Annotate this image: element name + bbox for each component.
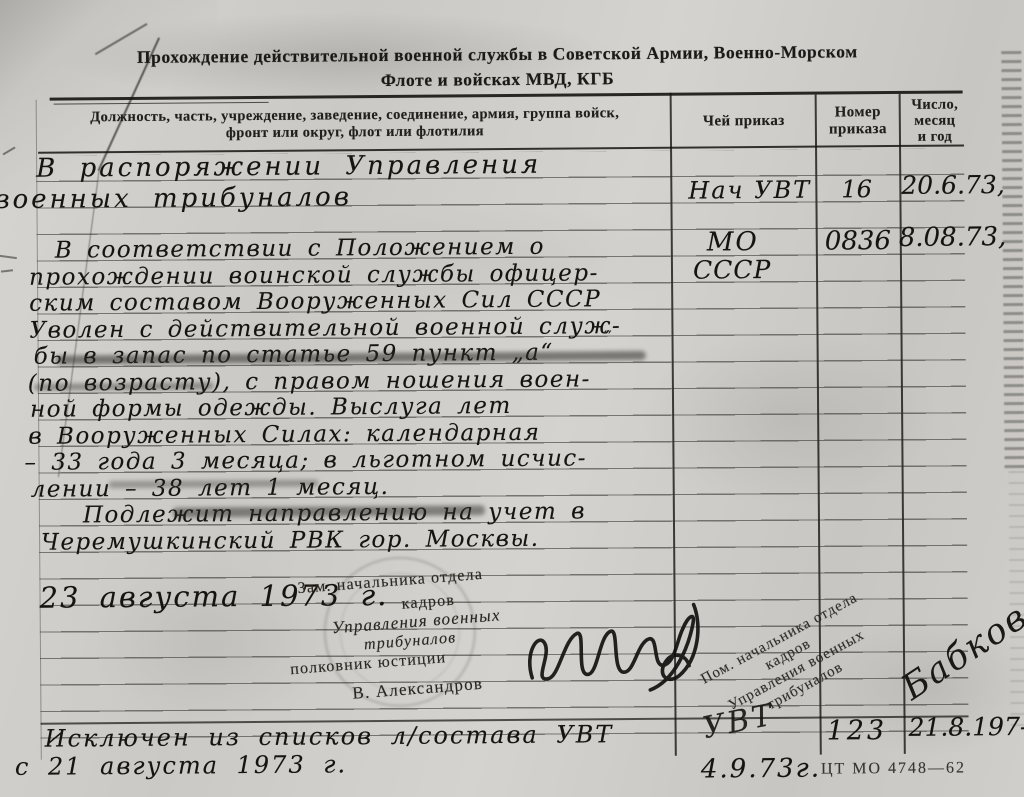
entry3-text-line1: Исключен из списков л/состава УВТ [45, 720, 614, 752]
entry3-date: 21.8.197- [908, 712, 1024, 742]
paper-stain [639, 327, 940, 509]
scan-edge-artifact [1001, 51, 1024, 471]
entry2-date: 8.08.73, [899, 222, 1007, 253]
header-date-line3: и год [902, 128, 968, 145]
footer-handwritten-date: 4.9.73г. [701, 754, 821, 785]
pencil-underline [34, 382, 214, 390]
pencil-mark [1, 269, 13, 272]
scanned-military-service-record: Прохождение действительной военной служб… [0, 0, 1024, 797]
entry2-text-line: в Вооруженных Силах: календарная [28, 420, 540, 450]
header-position-column: Должность, часть, учреждение, заведение,… [44, 105, 666, 144]
form-title: Прохождение действительной военной служб… [57, 39, 937, 96]
header-date-line2: месяц [902, 112, 968, 129]
entry2-order-authority-line1: МО [707, 227, 759, 257]
header-date-column: Число, месяц и год [902, 96, 968, 145]
entry2-text-line: Черемушкинский РВК гор. Москвы. [41, 526, 540, 556]
pencil-mark [0, 255, 17, 259]
header-whose-order-column: Чей приказ [674, 113, 814, 131]
entry3-order-number: 123 [826, 715, 887, 746]
entry1-date: 20.6.73, [901, 170, 1005, 200]
header-order-number-column: Номер приказа [818, 104, 898, 139]
pencil-quote-mark: ‴ [603, 327, 611, 346]
entry2-text-line: ским составом Вооруженных Сил СССР [29, 286, 601, 316]
entry2-text-line: лении – 38 лет 1 месяц. [31, 474, 390, 503]
entry2-text-line: В соответствии с Положением о [55, 234, 545, 264]
entry1-text-line2: военных трибуналов [0, 182, 352, 215]
entry2-order-authority-line2: СССР [693, 255, 771, 285]
entry2-text-line: ной формы одежды. Выслуга лет [30, 393, 512, 423]
document-content: Прохождение действительной военной служб… [0, 0, 1024, 797]
entry3-text-line2: с 21 августа 1973 г. [15, 750, 347, 781]
header-date-line1: Число, [902, 96, 968, 113]
header-order-number-line2: приказа [818, 121, 898, 139]
entry2-order-number: 0836 [825, 226, 891, 257]
entry1-order-authority: Нач УВТ [688, 176, 811, 205]
entry2-text-line: – 33 года 3 месяца; в льготном исчис- [24, 445, 587, 475]
entry1-text-line1: В распоряжении Управления [36, 150, 541, 184]
diagonal-signature: Бабков [895, 597, 1024, 709]
header-order-number-line1: Номер [818, 104, 898, 122]
entry1-order-number: 16 [841, 175, 872, 203]
form-code: ЦТ МО 4748—62 [821, 759, 966, 778]
